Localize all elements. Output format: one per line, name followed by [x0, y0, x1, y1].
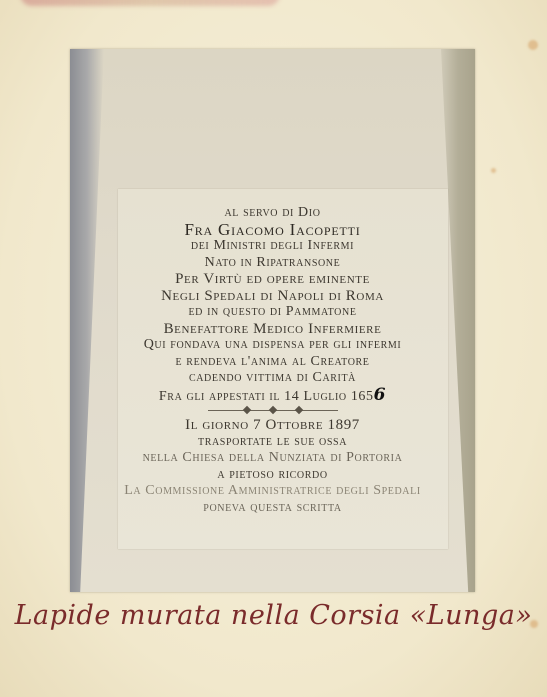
inscription-line: cadendo vittima di Carità	[70, 370, 475, 387]
inscription-line: ed in questo di Pammatone	[70, 304, 475, 321]
inscription-line: Il giorno 7 Ottobre 1897	[70, 417, 475, 434]
inscription-line: a pietoso ricordo	[70, 467, 475, 484]
plaque-inscription: al servo di Dio Fra Giacomo Iacopetti de…	[70, 205, 475, 516]
foxing-spot	[491, 168, 496, 173]
foxing-spot	[528, 40, 538, 50]
handwritten-digit: 6	[374, 385, 386, 405]
inscription-line: Negli Spedali di Napoli di Roma	[70, 288, 475, 305]
inscription-line: poneva questa scritta	[70, 500, 475, 517]
inscription-line: nella Chiesa della Nunziata di Portoria	[70, 450, 475, 467]
paper-stain	[20, 0, 280, 6]
handwritten-caption: Lapide murata nella Corsia «Lunga»	[0, 600, 547, 631]
inscription-date-text: Fra gli appestati il 14 Luglio 165	[159, 389, 374, 404]
inscription-line: Benefattore Medico Infermiere	[70, 321, 475, 338]
inscription-line-date: Fra gli appestati il 14 Luglio 1656	[70, 387, 475, 406]
inscription-line: dei Ministri degli Infermi	[70, 238, 475, 255]
inscription-line: Qui fondava una dispensa per gli infermi	[70, 337, 475, 354]
inscription-line: Nato in Ripatransone	[70, 255, 475, 272]
inscription-line: e rendeva l'anima al Creatore	[70, 354, 475, 371]
inscription-line: trasportate le sue ossa	[70, 434, 475, 451]
inscription-line: La Commissione Amministratrice degli Spe…	[70, 483, 475, 500]
inscription-line: Per Virtù ed opere eminente	[70, 271, 475, 288]
ornamental-divider	[208, 406, 338, 414]
inscription-name: Fra Giacomo Iacopetti	[70, 222, 475, 239]
